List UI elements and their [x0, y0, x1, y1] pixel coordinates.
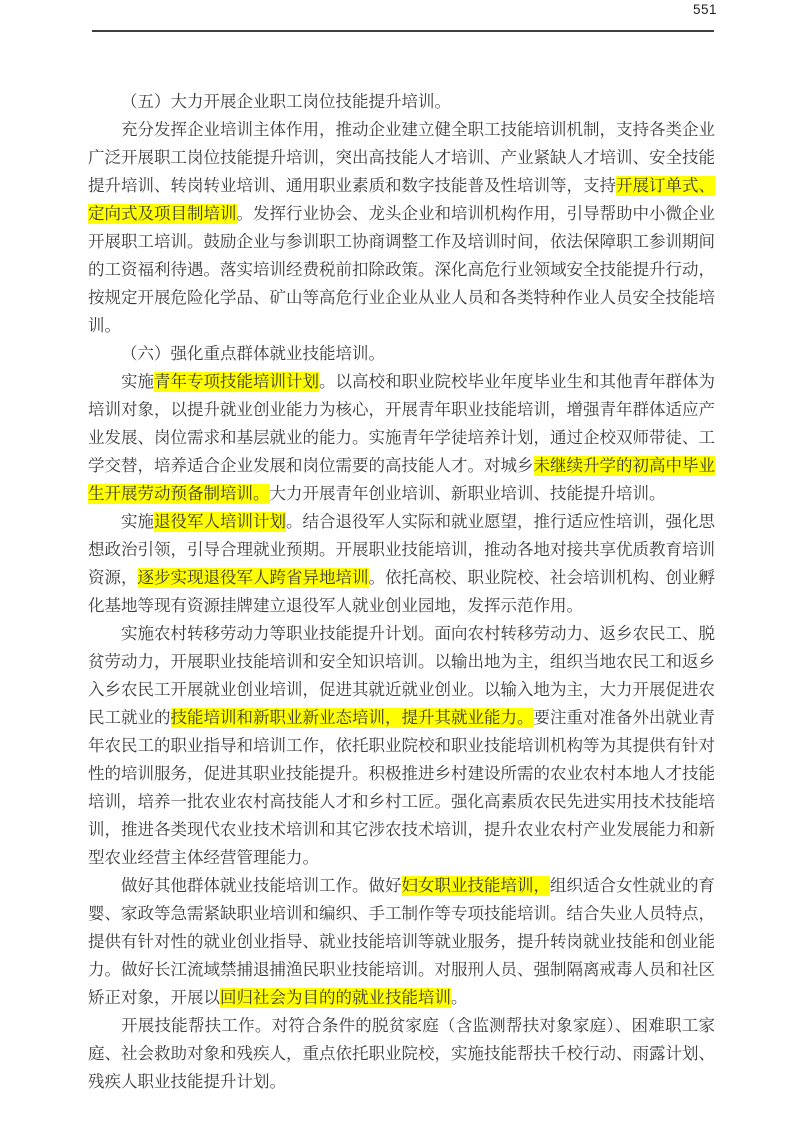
page-number: 551: [693, 2, 717, 17]
highlighted-text: 技能培训和新职业新业态培训，提升其就业能力。: [171, 708, 534, 728]
header-rule: [92, 30, 714, 32]
highlighted-text: 回归社会为目的的就业技能培训: [220, 988, 451, 1008]
highlighted-text: 逐步实现退役军人跨省异地培训: [138, 568, 369, 588]
text-segment: 。发挥行业协会、龙头企业和培训机构作用，引导帮助中小微企业开展职工培训。鼓励企业…: [88, 205, 715, 335]
document-page: 551 （五）大力开展企业职工岗位技能提升培训。充分发挥企业培训主体作用，推动企…: [0, 0, 793, 1122]
paragraph: 开展技能帮扶工作。对符合条件的脱贫家庭（含监测帮扶对象家庭）、困难职工家庭、社会…: [88, 1012, 715, 1096]
highlighted-text: 退役军人培训计划: [154, 512, 286, 532]
text-segment: 大力开展青年创业培训、新职业培训、技能提升培训。: [270, 485, 666, 503]
paragraph: 实施青年专项技能培训计划。以高校和职业院校毕业年度毕业生和其他青年群体为培训对象…: [88, 368, 715, 508]
highlighted-text: 妇女职业技能培训，: [402, 876, 551, 896]
document-body: （五）大力开展企业职工岗位技能提升培训。充分发挥企业培训主体作用，推动企业建立健…: [88, 88, 715, 1096]
text-segment: （六）强化重点群体就业技能培训。: [121, 345, 385, 363]
highlighted-text: 青年专项技能培训计划: [154, 372, 319, 392]
text-segment: 开展技能帮扶工作。对符合条件的脱贫家庭（含监测帮扶对象家庭）、困难职工家庭、社会…: [88, 1017, 715, 1091]
paragraph: 实施农村转移劳动力等职业技能提升计划。面向农村转移劳动力、返乡农民工、脱贫劳动力…: [88, 620, 715, 872]
text-segment: 做好其他群体就业技能培训工作。做好: [121, 877, 402, 895]
paragraph: 做好其他群体就业技能培训工作。做好妇女职业技能培训，组织适合女性就业的育婴、家政…: [88, 872, 715, 1012]
text-segment: 实施: [121, 373, 154, 391]
text-segment: （五）大力开展企业职工岗位技能提升培训。: [121, 93, 451, 111]
text-segment: 实施: [121, 513, 154, 531]
text-segment: 。: [451, 989, 468, 1007]
paragraph: 充分发挥企业培训主体作用，推动企业建立健全职工技能培训机制，支持各类企业广泛开展…: [88, 116, 715, 340]
text-segment: 要注重对准备外出就业青年农民工的职业指导和培训工作，依托职业院校和职业技能培训机…: [88, 709, 715, 867]
section-heading: （五）大力开展企业职工岗位技能提升培训。: [88, 88, 715, 116]
section-heading: （六）强化重点群体就业技能培训。: [88, 340, 715, 368]
paragraph: 实施退役军人培训计划。结合退役军人实际和就业愿望，推行适应性培训，强化思想政治引…: [88, 508, 715, 620]
